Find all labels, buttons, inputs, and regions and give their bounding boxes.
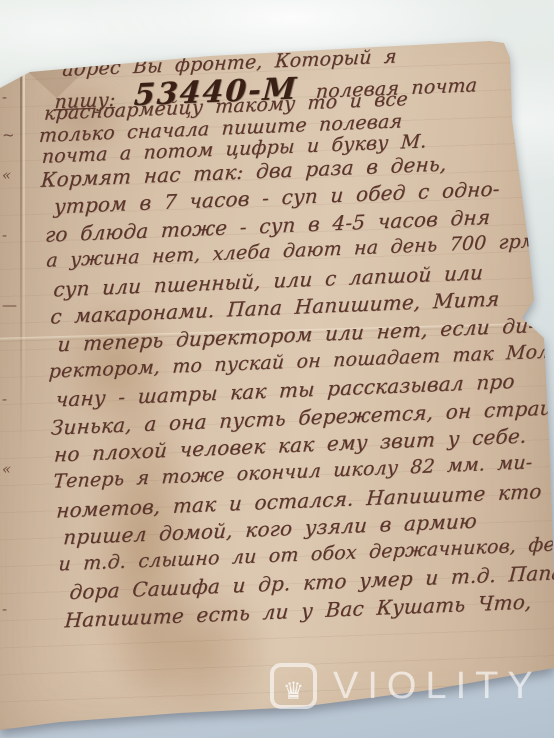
adjacent-page-fragment: - (2, 226, 7, 244)
letter-page-wrap: - ~ « - — - « - адрес Вы фронте, Который… (0, 0, 554, 738)
photo-frame: - ~ « - — - « - адрес Вы фронте, Который… (0, 0, 554, 738)
watermark-logo-box: ♛ (270, 663, 317, 709)
fold-crease-highlight (23, 64, 25, 424)
violity-watermark: ♛ VIOLITY (270, 663, 542, 709)
letter-page: - ~ « - — - « - адрес Вы фронте, Который… (0, 0, 554, 738)
fold-crease (20, 64, 22, 456)
adjacent-page-fragment: - (2, 600, 7, 618)
watermark-brand-text: VIOLITY (333, 665, 542, 708)
adjacent-page-fragment: - (2, 390, 7, 408)
adjacent-page-fragment: - (2, 88, 7, 106)
letter-text: адрес Вы фронте, Который я пишу: 53440-М… (36, 40, 554, 636)
adjacent-page-fragment: « (2, 460, 11, 478)
adjacent-page-fragment: « (2, 166, 11, 184)
adjacent-page-fragment: — (2, 296, 17, 314)
adjacent-page-fragment: ~ (2, 126, 15, 144)
crown-icon: ♛ (283, 679, 305, 703)
